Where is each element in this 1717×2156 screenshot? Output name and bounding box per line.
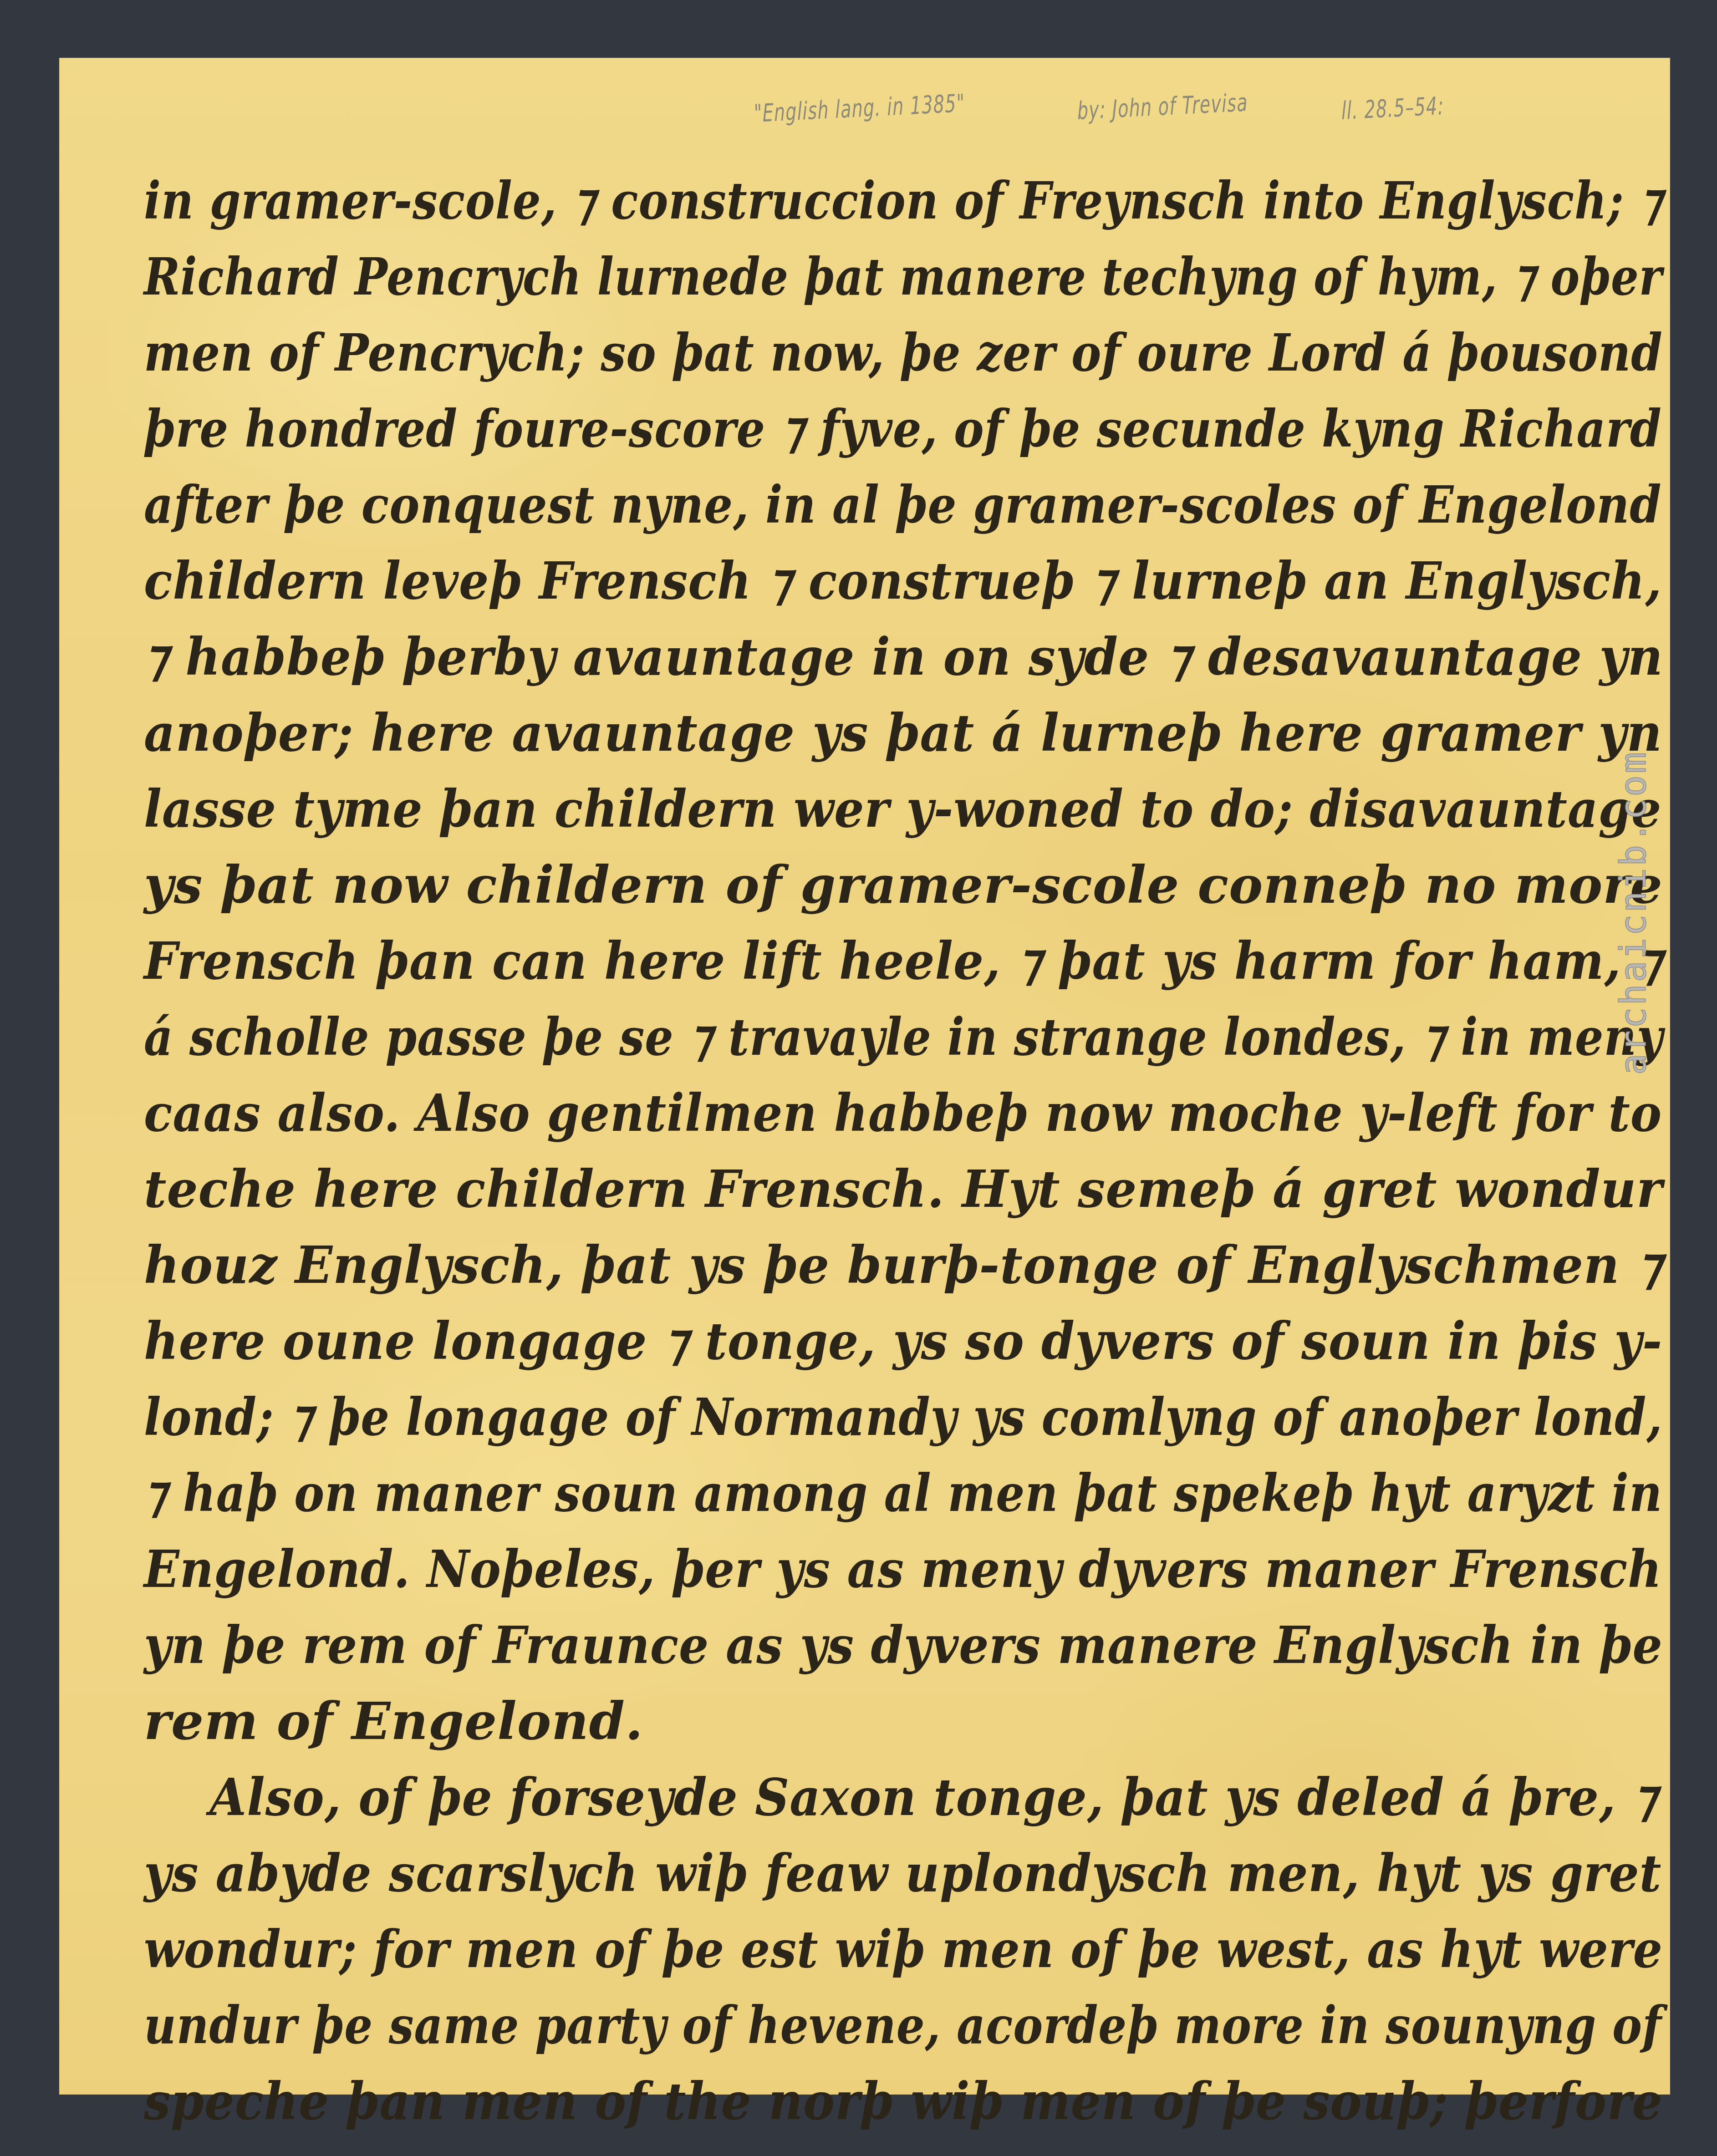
text-line: men of Pencrych; so þat now, þe zer of o…	[144, 315, 1476, 391]
text-line: þre hondred foure-score ⁊ fyve, of þe se…	[144, 391, 1482, 467]
text-line: lasse tyme þan childern wer y-woned to d…	[144, 771, 1539, 847]
text-line: ys þat now childern of gramer-scole conn…	[144, 847, 1657, 923]
pencil-note-title: "English lang. in 1385"	[754, 89, 965, 128]
text-line: Richard Pencrych lurnede þat manere tech…	[144, 239, 1442, 315]
text-line: ⁊ haþ on maner soun among al men þat spe…	[144, 1455, 1493, 1531]
text-line: teche here childern Frensch. Hyt semeþ á…	[144, 1151, 1599, 1227]
pencil-annotations: "English lang. in 1385" by: John of Trev…	[695, 86, 1605, 140]
text-line: anoþer; here avauntage ys þat á lurneþ h…	[144, 695, 1585, 771]
text-line: speche þan men of the norþ wiþ men of þe…	[144, 2064, 1552, 2140]
text-line: ⁊ habbeþ þerby avauntage in on syde ⁊ de…	[144, 619, 1578, 695]
text-line: in gramer-scole, ⁊ construccion of Freyn…	[144, 163, 1467, 239]
paragraph-1: in gramer-scole, ⁊ construccion of Freyn…	[144, 163, 1665, 1759]
text-line: Engelond. Noþeles, þer ys as meny dyvers…	[144, 1531, 1531, 1607]
text-line: Frensch þan can here lift heele, ⁊ þat y…	[144, 923, 1555, 999]
calligraphy-text-block: in gramer-scole, ⁊ construccion of Freyn…	[144, 163, 1665, 2140]
text-line: here oune longage ⁊ tonge, ys so dyvers …	[144, 1303, 1561, 1379]
text-line: childern leveþ Frensch ⁊ construeþ ⁊ lur…	[144, 543, 1539, 619]
text-line: yn þe rem of Fraunce as ys dyvers manere…	[144, 1607, 1537, 1683]
text-line: ys abyde scarslych wiþ feaw uplondysch m…	[144, 1836, 1552, 1912]
text-line: undur þe same party of hevene, acordeþ m…	[144, 1988, 1467, 2064]
text-line: rem of Engelond.	[144, 1683, 1663, 1759]
text-line: á scholle passe þe se ⁊ travayle in stra…	[144, 999, 1479, 1075]
watermark: archaicnib.com	[1616, 750, 1651, 1075]
manuscript-page: "English lang. in 1385" by: John of Trev…	[60, 58, 1670, 2094]
text-line: Also, of þe forseyde Saxon tonge, þat ys…	[144, 1759, 1560, 1836]
text-line: wondur; for men of þe est wiþ men of þe …	[144, 1912, 1514, 1988]
pencil-note-author: by: John of Trevisa	[1077, 88, 1248, 125]
paragraph-2: Also, of þe forseyde Saxon tonge, þat ys…	[144, 1759, 1665, 2140]
text-line: lond; ⁊ þe longage of Normandy ys comlyn…	[144, 1379, 1487, 1455]
text-line: houz Englysch, þat ys þe burþ-tonge of E…	[144, 1227, 1607, 1303]
text-line: caas also. Also gentilmen habbeþ now moc…	[144, 1075, 1537, 1151]
text-line: after þe conquest nyne, in al þe gramer-…	[144, 467, 1491, 543]
pencil-note-line-reference: ll. 28.5–54:	[1341, 92, 1444, 125]
